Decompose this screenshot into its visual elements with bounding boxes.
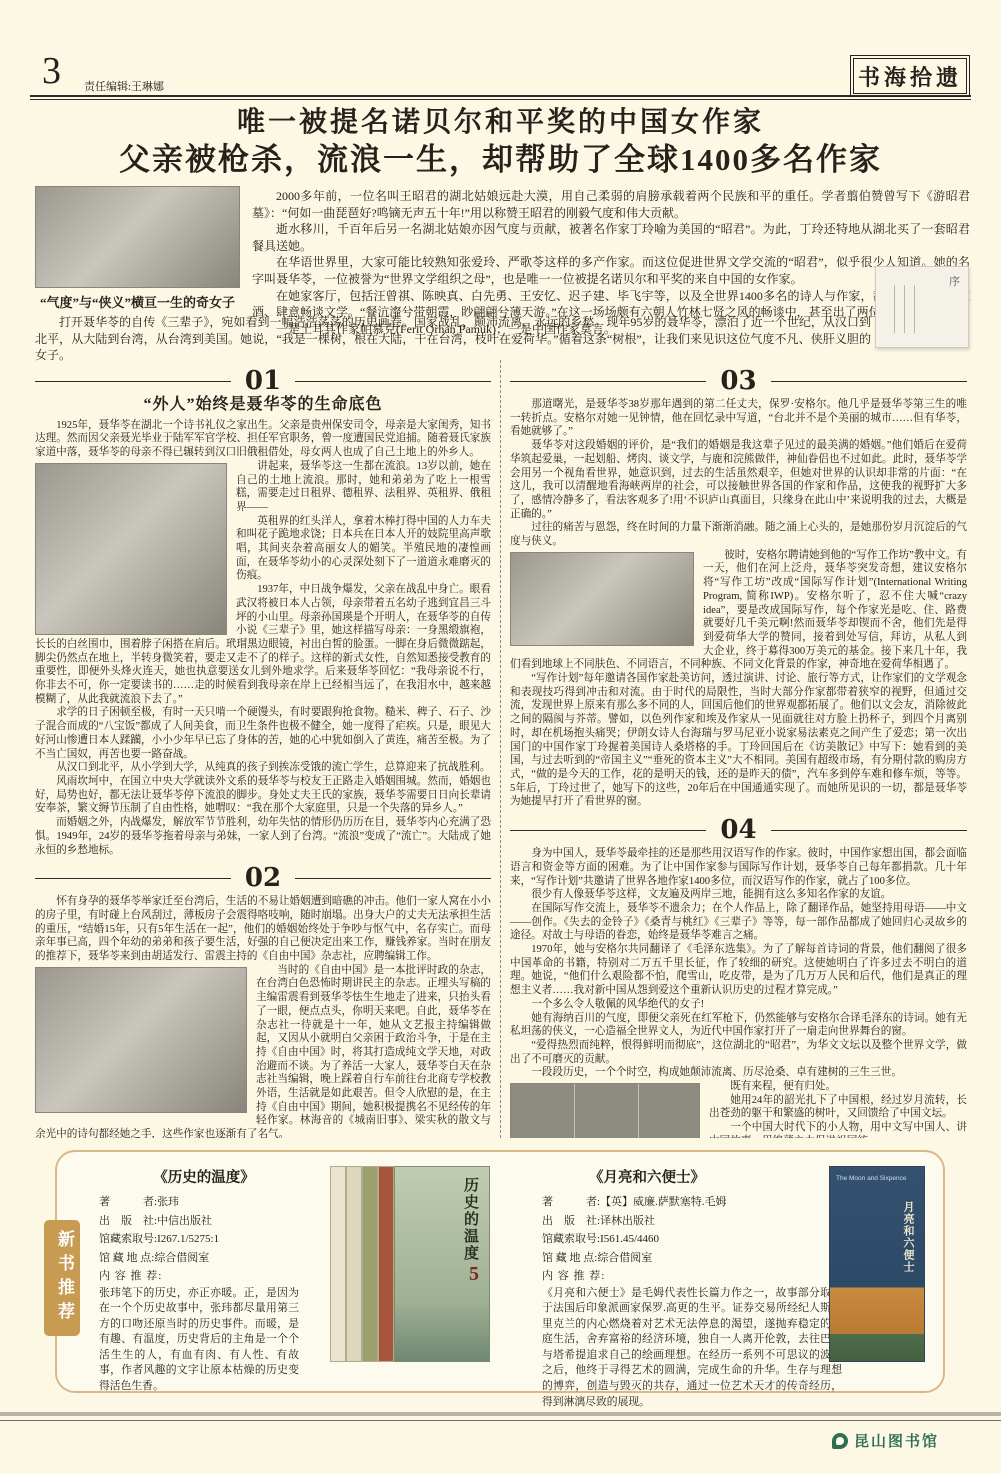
field-label: 出 版 社: — [542, 1212, 600, 1231]
body-paragraph: 一个多么令人敬佩的风华绝代的女子! — [510, 998, 967, 1012]
book-spine — [362, 1166, 378, 1362]
body-paragraph: 她有海纳百川的气度，即便父亲死在红军枪下，仍然能够与安格尔合译毛泽东的诗词。她有… — [510, 1012, 967, 1039]
section-marker-04: 04 — [510, 817, 967, 843]
marker-rule — [295, 878, 491, 879]
header-rule — [30, 95, 971, 97]
body-paragraph: 风雨坎坷中，在国立中央大学就读外文系的聂华苓与校友王正路走入婚姻围城。然而，婚姻… — [35, 775, 491, 816]
photo-book-preface-page: 序 — [875, 266, 969, 348]
field-value: I267.1/5275:1 — [157, 1230, 219, 1249]
section-marker-01: 01 — [35, 368, 491, 394]
marker-rule — [295, 381, 491, 382]
field-label: 馆藏索取号: — [99, 1230, 157, 1249]
section-title: “外人”始终是聂华苓的生命底色 — [35, 398, 491, 412]
page-number: 3 — [42, 52, 61, 90]
new-books-box: 新书推荐 《历史的温度》 著 者: 张玮 出 版 社: 中信出版社 馆藏索取号:… — [55, 1150, 945, 1393]
body-paragraph: “爱得热烈而纯粹，恨得鲜明而彻底”，这位湖北的“昭君”，为华文文坛以及整个世界文… — [510, 1039, 967, 1066]
body-paragraph: 求学的日子困顿至极，有时一天只啃一个硬馒头，有时要跟狗抢食物。糙米、稗子、石子、… — [35, 706, 491, 761]
field-value: 综合借阅室 — [597, 1249, 652, 1268]
headline-line1: 唯一被提名诺贝尔和平奖的中国女作家 — [0, 106, 1001, 140]
book-spine — [330, 1166, 346, 1362]
intro-paragraph: 逝水移川，千百年后另一名湖北姑娘亦因气度与贡献，被著名作家丁玲喻为美国的“昭君”… — [252, 221, 970, 254]
book-content: 张玮笔下的历史，亦正亦暖。正，是因为在一个个历史故事中，张玮都尽量用第三方的口吻… — [99, 1286, 299, 1395]
section-marker-03: 03 — [510, 368, 967, 394]
preface-text-line — [894, 285, 895, 333]
photo-nie-and-paul-engle — [510, 552, 694, 646]
photo-nie-at-magazine-desk — [35, 967, 247, 1113]
body-paragraph: 而婚姻之外，内战爆发，解放军节节胜利，幼年失怙的情形仍历历在目，聂华苓内心充满了… — [35, 816, 491, 857]
headline: 唯一被提名诺贝尔和平奖的中国女作家 父亲被枪杀，流浪一生，却帮助了全球1400多… — [0, 106, 1001, 180]
body-paragraph: 很少有人像聂华苓这样，文友遍及两岸三地，能拥有这么多知名作家的友谊。 — [510, 888, 967, 902]
cover-subtitle: The Moon and Sixpence — [836, 1175, 920, 1182]
intro-paragraph: 在华语世界里，大家可能比较熟知张爱玲、严歌苓这样的多产作家。而这位促进世界文学交… — [252, 254, 970, 287]
field-value: I561.45/4460 — [600, 1230, 659, 1249]
photo-caption: “气度”与“侠义”横亘一生的奇女子 — [25, 292, 250, 311]
library-name: 昆山图书馆 — [854, 1430, 939, 1451]
body-paragraph: 怀有身孕的聂华苓举家迁至台湾后，生活的不易让婚姻遭到暗礁的冲击。他们一家人窝在小… — [35, 895, 491, 964]
newspaper-page: 3 责任编辑:王琳娜 书海拾遗 唯一被提名诺贝尔和平奖的中国女作家 父亲被枪杀，… — [0, 0, 1001, 1474]
book-spine — [378, 1166, 394, 1362]
preface-label: 序 — [949, 273, 960, 289]
marker-rule — [510, 381, 706, 382]
body-paragraph: “写作计划”每年邀请各国作家赴美访问，透过演讲、讨论、旅行等方式，让作家们的文学… — [510, 672, 967, 809]
field-label: 著 者: — [542, 1193, 600, 1212]
body-paragraph: 从汉口到北平，从小学到大学，从纯真的孩子到挨冻受饿的流亡学生，总算迎来了抗战胜利… — [35, 761, 491, 775]
field-label: 馆 藏 地 点: — [99, 1249, 154, 1268]
photo-childhood-siblings — [35, 463, 227, 635]
marker-rule — [771, 381, 967, 382]
field-label: 著 者: — [99, 1193, 157, 1212]
body-paragraph: 1925年，聂华苓在湖北一个诗书礼仪之家出生。父亲是贵州保安司令，母亲是大家闺秀… — [35, 419, 491, 460]
field-value: 张玮 — [157, 1193, 179, 1212]
cover-title: 月亮和六便士 — [900, 1201, 916, 1273]
library-logo-icon — [832, 1433, 848, 1449]
marker-rule — [35, 381, 231, 382]
field-value: 【英】威廉.萨默塞特.毛姆 — [600, 1193, 727, 1212]
section-number: 03 — [720, 368, 756, 394]
cover-volume: 5 — [469, 1263, 479, 1286]
marker-rule — [771, 830, 967, 831]
preface-text-line — [904, 285, 905, 333]
field-label: 馆 藏 地 点: — [542, 1249, 597, 1268]
section-tag: 书海拾遗 — [853, 58, 967, 94]
section-number: 02 — [245, 865, 281, 891]
column-right: 03 那道曙光，是聂华苓38岁那年遇到的第二任丈夫，保罗·安格尔。他几乎是聂华苓… — [501, 360, 967, 1138]
field-label: 出 版 社: — [99, 1212, 157, 1231]
book-cover-moon-and-sixpence: The Moon and Sixpence 月亮和六便士 — [829, 1166, 925, 1362]
field-label: 馆藏索取号: — [542, 1230, 600, 1249]
header-rule-thin — [30, 99, 971, 100]
article-columns: 01 “外人”始终是聂华苓的生命底色 1925年，聂华苓在湖北一个诗书礼仪之家出… — [35, 360, 967, 1138]
book-cover-history-temperature: 历史的温度 5 — [330, 1166, 490, 1362]
preface-text-line — [914, 285, 915, 333]
column-left: 01 “外人”始终是聂华苓的生命底色 1925年，聂华苓在湖北一个诗书礼仪之家出… — [35, 360, 501, 1138]
book-entry-moon-and-sixpence: 《月亮和六便士》 著 者: 【英】威廉.萨默塞特.毛姆 出 版 社: 译林出版社… — [500, 1152, 943, 1391]
lead-paragraph: 打开聂华苓的自传《三辈子》，宛如看到一幅浩浩荡荡的历史画卷。国家战乱、颠沛流离、… — [35, 314, 871, 364]
footer-rule-thin — [0, 1420, 1001, 1421]
body-paragraph: 1970年，她与安格尔共同翻译了《毛泽东选集》。为了了解每首诗词的背景，他们翻阅… — [510, 943, 967, 998]
cover-title: 历史的温度 — [460, 1177, 481, 1262]
body-paragraph: 在国际写作交流上，聂华苓不遗余力；在个人作品上，除了翻译作品，她坚持用母语——中… — [510, 902, 967, 943]
footer-rule-thick — [0, 1412, 1001, 1416]
photo-three-life-stages-portraits — [510, 1083, 700, 1138]
section-marker-02: 02 — [35, 865, 491, 891]
library-logo: 昆山图书馆 — [832, 1430, 939, 1451]
book-content: 《月亮和六便士》是毛姆代表性长篇力作之一，故事部分取材于法国后印象派画家保罗.高… — [542, 1286, 842, 1411]
body-paragraph: 聂华苓对这段婚姻的评价，是“我们的婚姻是我这辈子见过的最美满的婚姻。”他们婚后在… — [510, 439, 967, 521]
field-value: 综合借阅室 — [154, 1249, 209, 1268]
intro-paragraph: 2000多年前，一位名叫王昭君的湖北姑娘远赴大漠，用自己柔弱的肩膀承载着两个民族… — [252, 188, 970, 221]
book-entry-history-temperature: 《历史的温度》 著 者: 张玮 出 版 社: 中信出版社 馆藏索取号: I267… — [57, 1152, 500, 1391]
editor-credit: 责任编辑:王琳娜 — [84, 78, 164, 94]
body-paragraph: 过往的痛苦与恩怨，终在时间的力量下渐渐消融。随之涌上心头的，是她那份岁月沉淀后的… — [510, 521, 967, 548]
body-paragraph: 一段段历史，一个个时空，构成她颠沛流离、历尽沧桑、卓有建树的三生三世。 — [510, 1066, 967, 1080]
book-title: 《月亮和六便士》 — [542, 1166, 752, 1187]
field-value: 译林出版社 — [600, 1212, 655, 1231]
book-spine — [346, 1166, 362, 1362]
marker-rule — [35, 878, 231, 879]
body-paragraph: 身为中国人，聂华苓最牵挂的还是那些用汉语写作的作家。彼时，中国作家想出国，都会面… — [510, 847, 967, 888]
body-paragraph: 那道曙光，是聂华苓38岁那年遇到的第二任丈夫，保罗·安格尔。他几乎是聂华苓第三生… — [510, 398, 967, 439]
photo-nie-hualing-portrait — [35, 186, 240, 288]
section-number: 01 — [245, 368, 281, 394]
book-front-cover: 历史的温度 5 — [394, 1166, 490, 1362]
marker-rule — [510, 830, 706, 831]
field-value: 中信出版社 — [157, 1212, 212, 1231]
headline-line2: 父亲被枪杀，流浪一生，却帮助了全球1400多名作家 — [0, 140, 1001, 180]
section-number: 04 — [720, 817, 756, 843]
book-title: 《历史的温度》 — [99, 1166, 309, 1187]
